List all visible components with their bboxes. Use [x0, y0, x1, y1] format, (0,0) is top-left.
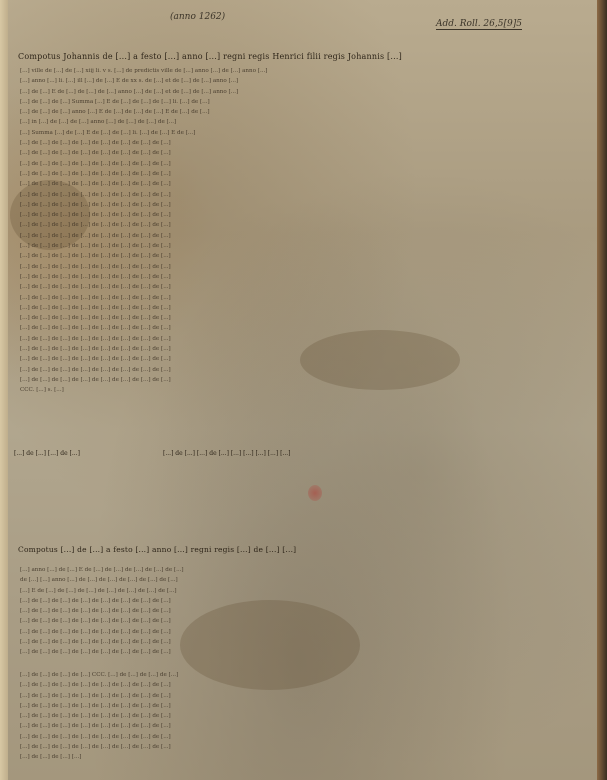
manuscript-line: [...] de [...] de [...] de [...] de [...… — [20, 303, 590, 313]
middle-right-note: [...] de [...] [...] de [...] [...] [...… — [163, 450, 291, 457]
manuscript-line: [...] de [...] de [...] de [...] de [...… — [20, 354, 590, 364]
manuscript-line: [...] de [...] de [...] de [...] de [...… — [20, 334, 590, 344]
manuscript-line: [...] de [...] de [...] de [...] de [...… — [20, 365, 590, 375]
manuscript-line: [...] de [...] de [...] de [...] de [...… — [20, 647, 590, 657]
manuscript-line: [...] de [...] de [...] anno [...] E de … — [20, 107, 590, 117]
section-1-heading: Compotus Johannis de [...] a festo [...]… — [18, 52, 578, 61]
manuscript-line: [...] Summa [...] de [...] E de [...] de… — [20, 128, 590, 138]
manuscript-line: [...] de [...] de [...] de [...] de [...… — [20, 179, 590, 189]
manuscript-line: [...] de [...] de [...] de [...] de [...… — [20, 169, 590, 179]
manuscript-line: [...] de [...] de [...] de [...] de [...… — [20, 159, 590, 169]
middle-left-note: [...] de [...] [...] de [...] — [14, 450, 80, 457]
section-3-text: [...] de [...] de [...] de [...] CCC. [.… — [20, 670, 590, 775]
manuscript-line: [...] de [...] de [...] de [...] de [...… — [20, 732, 590, 742]
manuscript-line: [...] de [...] de [...] de [...] de [...… — [20, 282, 590, 292]
manuscript-line: [...] de [...] de [...] de [...] de [...… — [20, 721, 590, 731]
manuscript-line: [...] in [...] de [...] de [...] anno [.… — [20, 117, 590, 127]
manuscript-line: [...] de [...] de [...] de [...] de [...… — [20, 323, 590, 333]
manuscript-line: [...] de [...] de [...] de [...] de [...… — [20, 606, 590, 616]
year-annotation: (anno 1262) — [170, 12, 225, 22]
manuscript-line: [...] de [...] de [...] de [...] de [...… — [20, 231, 590, 241]
manuscript-line: [...] de [...] de [...] [...] — [20, 752, 590, 762]
catalogue-reference: Add. Roll. 26,5[9]5 — [436, 19, 522, 30]
manuscript-line: [...] E de [...] de [...] de [...] de [.… — [20, 586, 590, 596]
section-2-text: [...] anno [...] de [...] E de [...] de … — [20, 565, 590, 665]
manuscript-line: [...] de [...] de [...] de [...] de [...… — [20, 627, 590, 637]
parchment-left-edge — [0, 0, 8, 780]
manuscript-line: [...] de [...] de [...] de [...] de [...… — [20, 148, 590, 158]
manuscript-line: [...] de [...] de [...] de [...] de [...… — [20, 313, 590, 323]
manuscript-line: [...] de [...] de [...] de [...] de [...… — [20, 220, 590, 230]
section-1-text: [...] ville de [...] de [...] xiij li. v… — [20, 66, 590, 406]
manuscript-line: [...] de [...] de [...] de [...] de [...… — [20, 691, 590, 701]
manuscript-line: [...] de [...] de [...] de [...] de [...… — [20, 251, 590, 261]
manuscript-line: [...] de [...] de [...] de [...] de [...… — [20, 293, 590, 303]
manuscript-line: [...] de [...] de [...] de [...] de [...… — [20, 200, 590, 210]
red-seal-mark — [308, 485, 322, 501]
manuscript-line: [...] de [...] de [...] de [...] de [...… — [20, 680, 590, 690]
manuscript-line: de [...] [...] anno [...] de [...] de [.… — [20, 575, 590, 585]
manuscript-line: [...] de [...] de [...] de [...] de [...… — [20, 616, 590, 626]
manuscript-line: [...] de [...] de [...] de [...] de [...… — [20, 596, 590, 606]
manuscript-line: [...] de [...] de [...] de [...] de [...… — [20, 190, 590, 200]
manuscript-line: [...] de [...] E de [...] de [...] de [.… — [20, 87, 590, 97]
manuscript-line: [...] ville de [...] de [...] xiij li. v… — [20, 66, 590, 76]
manuscript-line: CCC. [...] s. [...] — [20, 385, 590, 395]
manuscript-line: [...] de [...] de [...] de [...] de [...… — [20, 344, 590, 354]
manuscript-line: [...] de [...] de [...] de [...] de [...… — [20, 742, 590, 752]
manuscript-line: [...] anno [...] li. [...] ill [...] de … — [20, 76, 590, 86]
manuscript-line: [...] de [...] de [...] de [...] de [...… — [20, 637, 590, 647]
scan-right-edge — [597, 0, 607, 780]
manuscript-line: [...] anno [...] de [...] E de [...] de … — [20, 565, 590, 575]
manuscript-line: [...] de [...] de [...] de [...] CCC. [.… — [20, 670, 590, 680]
manuscript-line: [...] de [...] de [...] de [...] de [...… — [20, 701, 590, 711]
manuscript-line: [...] de [...] de [...] de [...] de [...… — [20, 210, 590, 220]
manuscript-line: [...] de [...] de [...] de [...] de [...… — [20, 138, 590, 148]
manuscript-line: [...] de [...] de [...] Summa [...] E de… — [20, 97, 590, 107]
manuscript-line: [...] de [...] de [...] de [...] de [...… — [20, 375, 590, 385]
manuscript-line: [...] de [...] de [...] de [...] de [...… — [20, 262, 590, 272]
manuscript-line: [...] de [...] de [...] de [...] de [...… — [20, 711, 590, 721]
manuscript-line: [...] de [...] de [...] de [...] de [...… — [20, 272, 590, 282]
section-2-heading: Compotus [...] de [...] a festo [...] an… — [18, 545, 578, 554]
manuscript-line: [...] de [...] de [...] de [...] de [...… — [20, 241, 590, 251]
